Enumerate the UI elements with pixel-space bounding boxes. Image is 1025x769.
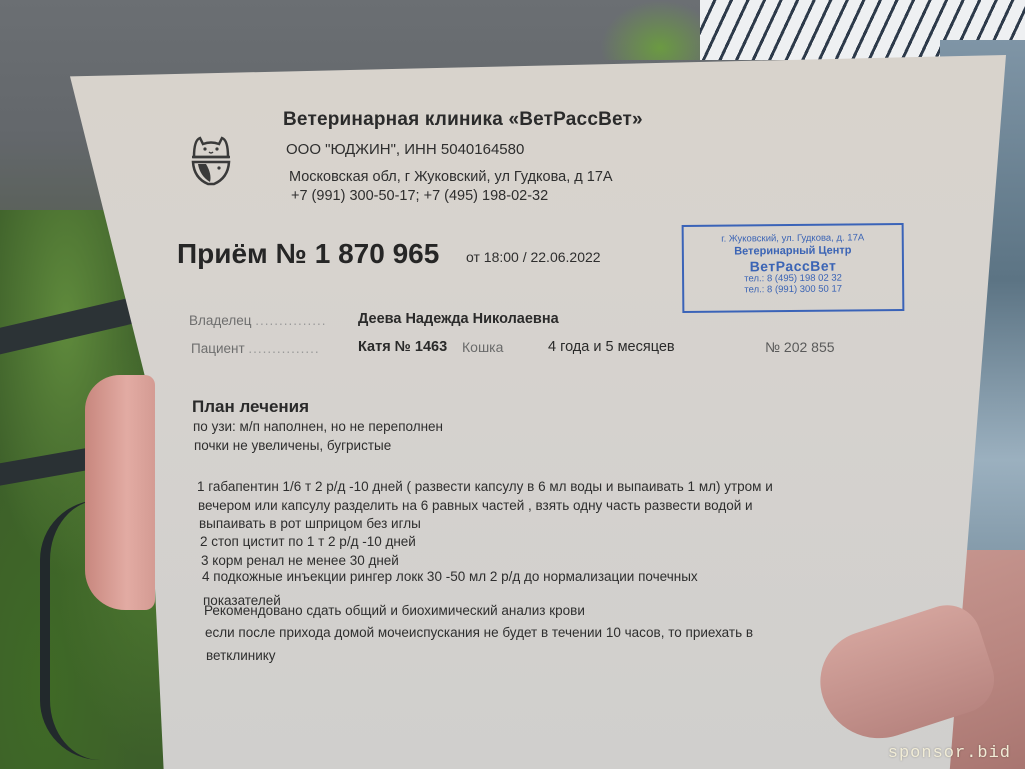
clinic-address: Московская обл, г Жуковский, ул Гудкова,… — [289, 169, 613, 185]
plan-line: ветклинику — [206, 648, 276, 663]
patient-label: Пациент ............... — [191, 341, 320, 356]
plan-line: почки не увеличены, бугристые — [194, 438, 391, 453]
treatment-plan-title: План лечения — [192, 397, 309, 417]
clinic-name: Ветеринарная клиника «ВетРассВет» — [283, 109, 643, 131]
plan-line: Рекомендовано сдать общий и биохимически… — [204, 603, 585, 618]
patient-card-number: № 202 855 — [765, 339, 835, 355]
visit-title-prefix: Приём № — [177, 238, 307, 269]
patient-leader-dots: ............... — [248, 341, 319, 356]
plan-line: 3 корм ренал не менее 30 дней — [201, 553, 399, 568]
organization-details: ООО "ЮДЖИН", ИНН 5040164580 — [286, 141, 524, 158]
owner-label-text: Владелец — [189, 313, 251, 328]
clinic-phones: +7 (991) 300-50-17; +7 (495) 198-02-32 — [291, 188, 548, 204]
patient-species: Кошка — [462, 339, 503, 355]
stamp-phone-2: тел.: 8 (991) 300 50 17 — [684, 284, 902, 297]
clinic-stamp: г. Жуковский, ул. Гудкова, д. 17А Ветери… — [682, 223, 905, 313]
patient-age: 4 года и 5 месяцев — [548, 339, 675, 355]
plan-line: 2 стоп цистит по 1 т 2 р/д -10 дней — [200, 534, 416, 549]
stamp-name: ВетРассВет — [684, 257, 902, 275]
plan-line: выпаивать в рот шприцом без иглы — [199, 516, 421, 531]
plan-line: 4 подкожные инъекции рингер локк 30 -50 … — [202, 569, 698, 584]
visit-title: Приём №1 870 965 — [177, 238, 439, 270]
owner-name: Деева Надежда Николаевна — [358, 311, 559, 327]
visit-number: 1 870 965 — [315, 238, 440, 269]
owner-leader-dots: ............... — [255, 313, 326, 328]
plan-line: 1 габапентин 1/6 т 2 р/д -10 дней ( разв… — [197, 479, 773, 494]
watermark: sponsor.bid — [888, 744, 1011, 763]
patient-label-text: Пациент — [191, 341, 245, 356]
cat-dog-logo-icon — [188, 130, 234, 190]
plan-line: если после прихода домой мочеиспускания … — [205, 625, 753, 640]
patient-name: Катя № 1463 — [358, 339, 447, 355]
visit-datetime: от 18:00 / 22.06.2022 — [466, 249, 601, 265]
plan-line: вечером или капсулу разделить на 6 равны… — [198, 498, 753, 513]
plan-line: по узи: м/п наполнен, но не переполнен — [193, 419, 443, 434]
owner-label: Владелец ............... — [189, 313, 326, 328]
